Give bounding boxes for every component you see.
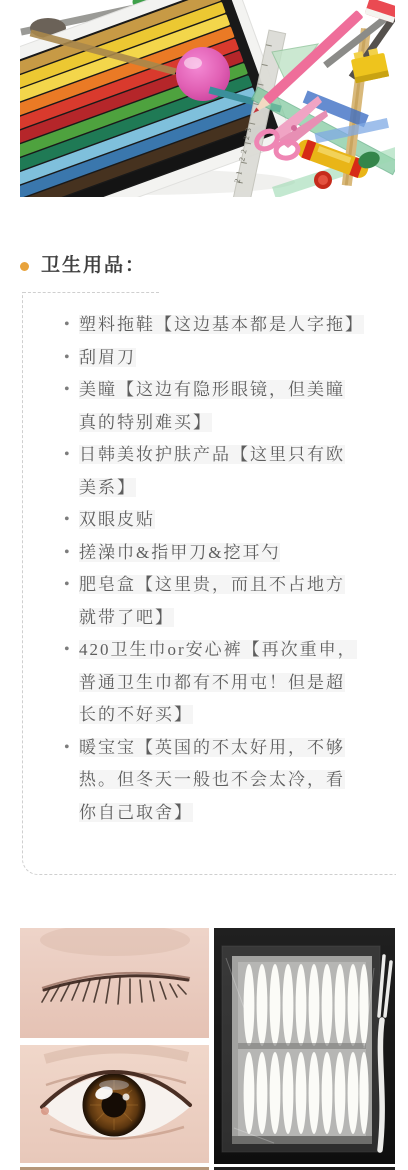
list-item: 双眼皮贴: [79, 504, 361, 537]
list-item-text: 搓澡巾&指甲刀&挖耳勺: [79, 543, 280, 562]
bottom-photo-collage: [20, 928, 395, 1170]
orange-bullet-icon: [20, 262, 29, 271]
closed-eye-lashes-photo[interactable]: [20, 928, 209, 1038]
closed-eye-graphic: [20, 928, 209, 1038]
list-item: 肥皂盒【这里贵，而且不占地方就带了吧】: [79, 569, 361, 634]
list-item-text: 420卫生巾or安心裤【再次重申，普通卫生巾都有不用屯！但是超长的不好买】: [79, 640, 357, 724]
collage-right-column: [214, 928, 395, 1170]
photo-gap: [20, 1038, 209, 1045]
article-page: 21 22 23: [0, 0, 408, 1170]
section-header: 卫生用品：: [20, 252, 146, 280]
art-supplies-photo-graphic: 21 22 23: [20, 0, 395, 197]
list-item-text: 暖宝宝【英国的不太好用，不够热。但冬天一般也不会太冷，看你自己取舍】: [79, 738, 345, 822]
eye-with-contact-lens-photo[interactable]: [20, 1045, 209, 1163]
eyelid-tape-graphic: [214, 928, 395, 1164]
list-item-text: 肥皂盒【这里贵，而且不占地方就带了吧】: [79, 575, 345, 627]
list-item: 搓澡巾&指甲刀&挖耳勺: [79, 537, 361, 570]
art-supplies-photo[interactable]: 21 22 23: [20, 0, 395, 197]
open-eye-graphic: [20, 1045, 209, 1163]
list-item: 刮眉刀: [79, 342, 361, 375]
section-title: 卫生用品：: [41, 252, 146, 280]
box-top-border: [23, 292, 159, 293]
list-item-text: 双眼皮贴: [79, 510, 155, 529]
list-item-text: 美瞳【这边有隐形眼镜，但美瞳真的特别难买】: [79, 380, 345, 432]
list-item: 塑料拖鞋【这边基本都是人字拖】: [79, 309, 361, 342]
item-list: 塑料拖鞋【这边基本都是人字拖】 刮眉刀 美瞳【这边有隐形眼镜，但美瞳真的特别难买…: [23, 309, 396, 829]
section-content-box: 塑料拖鞋【这边基本都是人字拖】 刮眉刀 美瞳【这边有隐形眼镜，但美瞳真的特别难买…: [22, 292, 396, 875]
list-item: 美瞳【这边有隐形眼镜，但美瞳真的特别难买】: [79, 374, 361, 439]
list-item: 暖宝宝【英国的不太好用，不够热。但冬天一般也不会太冷，看你自己取舍】: [79, 732, 361, 830]
collage-left-column: [20, 928, 209, 1170]
list-item-text: 塑料拖鞋【这边基本都是人字拖】: [79, 315, 364, 334]
list-item: 日韩美妆护肤产品【这里只有欧美系】: [79, 439, 361, 504]
double-eyelid-tape-pack-photo[interactable]: [214, 928, 395, 1164]
list-item-text: 刮眉刀: [79, 348, 136, 367]
red-cap-inner: [318, 175, 328, 185]
list-item-text: 日韩美妆护肤产品【这里只有欧美系】: [79, 445, 345, 497]
list-item: 420卫生巾or安心裤【再次重申，普通卫生巾都有不用屯！但是超长的不好买】: [79, 634, 361, 732]
